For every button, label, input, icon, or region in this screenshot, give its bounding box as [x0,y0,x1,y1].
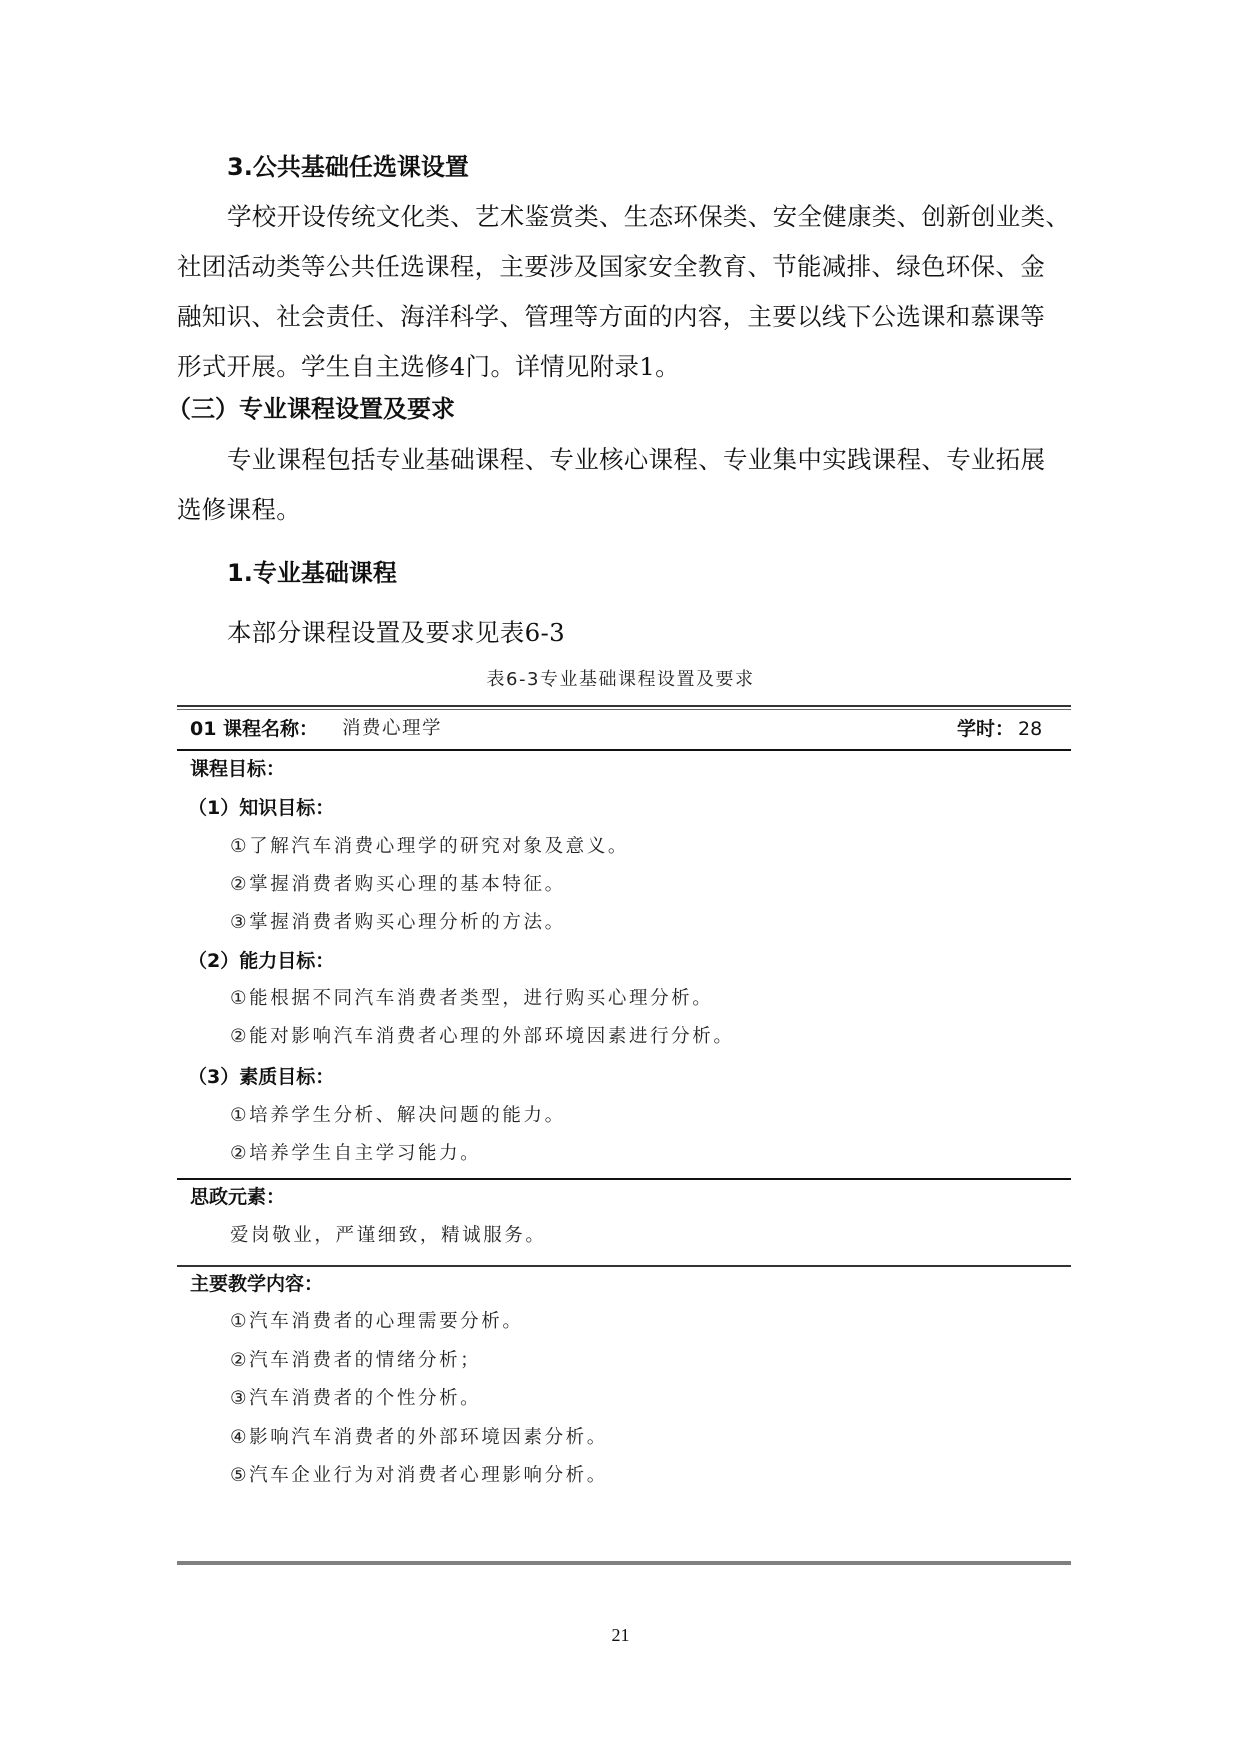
paragraph-line: 社团活动类等公共任选课程，主要涉及国家安全教育、节能减排、绿色环保、金 [177,255,1045,280]
table-row-divider [177,749,1071,751]
intro-text: 本部分课程设置及要求见表6-3 [227,621,565,646]
objective-item: ③掌握消费者购买心理分析的方法。 [230,914,566,933]
table-bottom-rule [177,1561,1071,1565]
content-item: ①汽车消费者的心理需要分析。 [230,1313,524,1332]
paragraph-line: 融知识、社会责任、海洋科学、管理等方面的内容，主要以线下公选课和慕课等 [177,305,1045,330]
course-name-value: 消费心理学 [342,720,442,739]
content-item: ④影响汽车消费者的外部环境因素分析。 [230,1429,608,1448]
ability-objectives-label: （2）能力目标： [188,952,334,971]
paragraph-line: 形式开展。学生自主选修4门。详情见附录1。 [177,355,680,380]
hours-label: 学时： [957,720,1014,739]
objective-item: ②培养学生自主学习能力。 [230,1145,481,1164]
objective-item: ①了解汽车消费心理学的研究对象及意义。 [230,838,629,857]
ideology-label: 思政元素： [190,1188,285,1207]
paragraph-line: 选修课程。 [177,498,301,523]
content-item: ⑤汽车企业行为对消费者心理影响分析。 [230,1467,608,1486]
objective-item: ②能对影响汽车消费者心理的外部环境因素进行分析。 [230,1028,735,1047]
part-heading-professional-courses: （三）专业课程设置及要求 [167,397,455,421]
teaching-content-label: 主要教学内容： [190,1275,323,1294]
knowledge-objectives-label: （1）知识目标： [188,799,334,818]
paragraph-line: 专业课程包括专业基础课程、专业核心课程、专业集中实践课程、专业拓展 [227,448,1045,473]
objectives-label: 课程目标： [190,760,285,779]
hours-value: 28 [1018,720,1042,739]
content-item: ③汽车消费者的个性分析。 [230,1390,481,1409]
objective-item: ①能根据不同汽车消费者类型，进行购买心理分析。 [230,990,713,1009]
subsection-heading-basic-courses: 1.专业基础课程 [227,561,397,585]
content-item: ②汽车消费者的情绪分析； [230,1352,481,1371]
paragraph-line: 学校开设传统文化类、艺术鉴赏类、生态环保类、安全健康类、创新创业类、 [227,205,1070,230]
table-top-rule-thin [177,709,1071,710]
objective-item: ①培养学生分析、解决问题的能力。 [230,1107,566,1126]
ideology-content: 爱岗敬业，严谨细致，精诚服务。 [230,1227,547,1246]
page-number: 21 [0,1626,1241,1644]
quality-objectives-label: （3）素质目标： [188,1068,334,1087]
course-name-label: 01 课程名称： [190,720,318,739]
table-caption: 表6-3专业基础课程设置及要求 [0,671,1241,689]
table-top-rule-thick [177,705,1071,707]
table-row-divider [177,1265,1071,1267]
objective-item: ②掌握消费者购买心理的基本特征。 [230,876,566,895]
table-row-divider [177,1178,1071,1180]
section-heading-public-electives: 3.公共基础任选课设置 [227,155,469,179]
